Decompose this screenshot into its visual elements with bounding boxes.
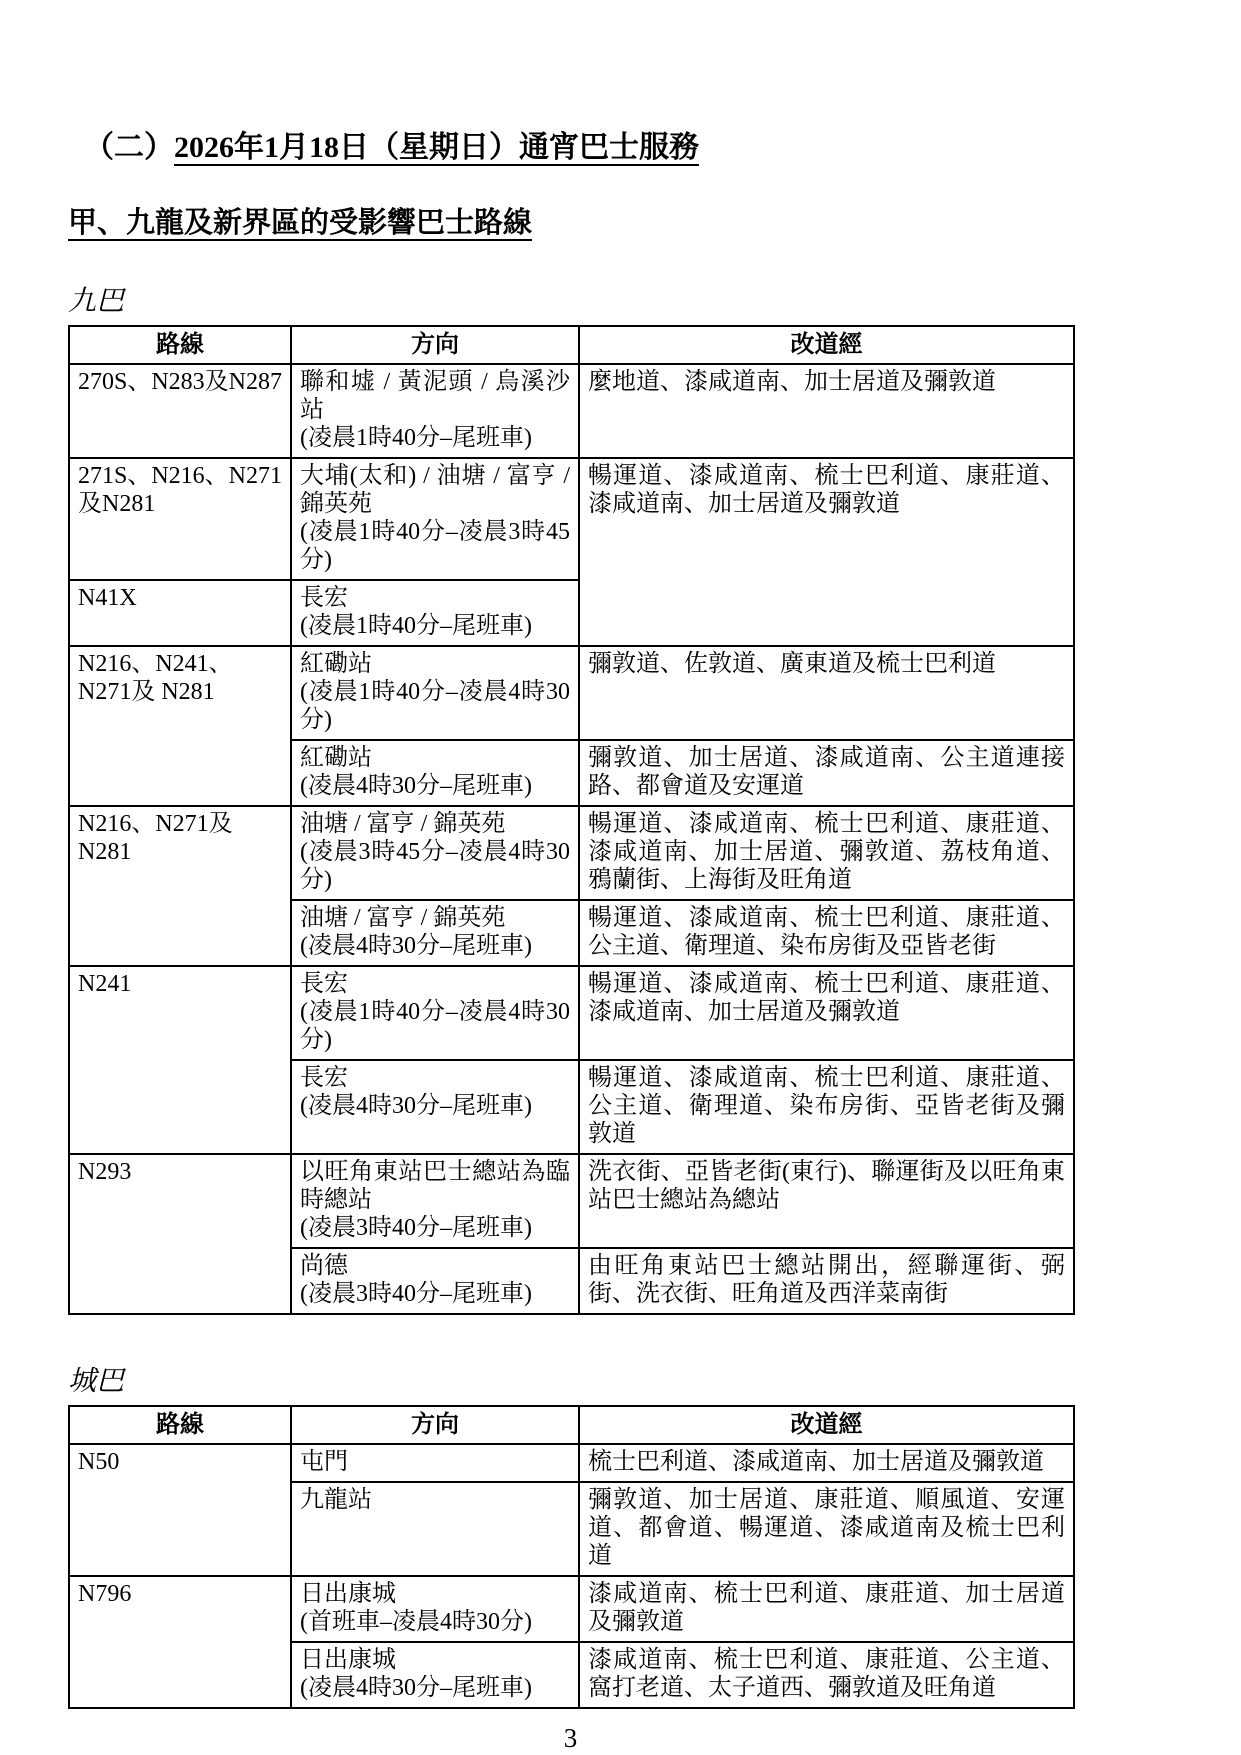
via-cell: 暢運道、漆咸道南、梳士巴利道、康莊道、公主道、衛理道、染布房街及亞皆老街 xyxy=(579,900,1074,966)
route-cell: N216、N241、N271及 N281 xyxy=(69,646,291,806)
direction-cell: 長宏 (凌晨1時40分–凌晨4時30分) xyxy=(291,966,579,1060)
ctb-header-row: 路線 方向 改道經 xyxy=(69,1406,1074,1444)
route-cell: N216、N271及N281 xyxy=(69,806,291,966)
direction-time: (凌晨4時30分–尾班車) xyxy=(300,932,570,960)
direction-destination: 大埔(太和) / 油塘 / 富亨 / 錦英苑 xyxy=(300,462,570,518)
direction-cell: 長宏 (凌晨1時40分–尾班車) xyxy=(291,580,579,646)
direction-cell: 紅磡站 (凌晨1時40分–凌晨4時30分) xyxy=(291,646,579,740)
kmb-section-label: 九巴 xyxy=(68,279,1073,319)
direction-cell: 大埔(太和) / 油塘 / 富亨 / 錦英苑 (凌晨1時40分–凌晨3時45分) xyxy=(291,458,579,580)
direction-destination: 尚德 xyxy=(300,1252,570,1280)
direction-cell: 紅磡站 (凌晨4時30分–尾班車) xyxy=(291,740,579,806)
direction-destination: 日出康城 xyxy=(300,1580,570,1608)
direction-cell: 油塘 / 富亨 / 錦英苑 (凌晨3時45分–凌晨4時30分) xyxy=(291,806,579,900)
direction-time: (凌晨1時40分–尾班車) xyxy=(300,612,570,640)
ctb-header-route: 路線 xyxy=(69,1406,291,1444)
direction-cell: 聯和墟 / 黃泥頭 / 烏溪沙站 (凌晨1時40分–尾班車) xyxy=(291,364,579,458)
direction-destination: 長宏 xyxy=(300,1064,570,1092)
kmb-header-row: 路線 方向 改道經 xyxy=(69,326,1074,364)
direction-destination: 油塘 / 富亨 / 錦英苑 xyxy=(300,904,570,932)
table-row: N241 長宏 (凌晨1時40分–凌晨4時30分) 暢運道、漆咸道南、梳士巴利道… xyxy=(69,966,1074,1060)
direction-time: (凌晨1時40分–凌晨4時30分) xyxy=(300,998,570,1054)
direction-cell: 日出康城 (首班車–凌晨4時30分) xyxy=(291,1576,579,1642)
table-row: N216、N241、N271及 N281 紅磡站 (凌晨1時40分–凌晨4時30… xyxy=(69,646,1074,740)
via-cell: 梳士巴利道、漆咸道南、加士居道及彌敦道 xyxy=(579,1444,1074,1482)
ctb-header-direction: 方向 xyxy=(291,1406,579,1444)
kmb-header-route: 路線 xyxy=(69,326,291,364)
direction-cell: 以旺角東站巴士總站為臨時總站 (凌晨3時40分–尾班車) xyxy=(291,1154,579,1248)
direction-time: (凌晨4時30分–尾班車) xyxy=(300,772,570,800)
ctb-section-label: 城巴 xyxy=(68,1359,1073,1399)
direction-destination: 油塘 / 富亨 / 錦英苑 xyxy=(300,810,570,838)
direction-time: (凌晨1時40分–尾班車) xyxy=(300,424,570,452)
kmb-table: 路線 方向 改道經 270S、N283及N287 聯和墟 / 黃泥頭 / 烏溪沙… xyxy=(68,325,1075,1315)
kmb-header-via: 改道經 xyxy=(579,326,1074,364)
via-cell: 漆咸道南、梳士巴利道、康莊道、公主道、窩打老道、太子道西、彌敦道及旺角道 xyxy=(579,1642,1074,1708)
direction-time: (凌晨3時45分–凌晨4時30分) xyxy=(300,838,570,894)
direction-time: (凌晨3時40分–尾班車) xyxy=(300,1280,570,1308)
direction-destination: 日出康城 xyxy=(300,1646,570,1674)
route-cell: N241 xyxy=(69,966,291,1154)
ctb-header-via: 改道經 xyxy=(579,1406,1074,1444)
table-row: N216、N271及N281 油塘 / 富亨 / 錦英苑 (凌晨3時45分–凌晨… xyxy=(69,806,1074,900)
via-cell: 暢運道、漆咸道南、梳士巴利道、康莊道、漆咸道南、加士居道及彌敦道 xyxy=(579,966,1074,1060)
direction-cell: 日出康城 (凌晨4時30分–尾班車) xyxy=(291,1642,579,1708)
via-cell: 彌敦道、加士居道、漆咸道南、公主道連接路、都會道及安運道 xyxy=(579,740,1074,806)
table-row: N293 以旺角東站巴士總站為臨時總站 (凌晨3時40分–尾班車) 洗衣街、亞皆… xyxy=(69,1154,1074,1248)
table-row: N796 日出康城 (首班車–凌晨4時30分) 漆咸道南、梳士巴利道、康莊道、加… xyxy=(69,1576,1074,1642)
via-cell: 漆咸道南、梳士巴利道、康莊道、加士居道及彌敦道 xyxy=(579,1576,1074,1642)
direction-destination: 聯和墟 / 黃泥頭 / 烏溪沙站 xyxy=(300,368,570,424)
route-cell: N293 xyxy=(69,1154,291,1314)
direction-cell: 屯門 xyxy=(291,1444,579,1482)
via-cell: 洗衣街、亞皆老街(東行)、聯運街及以旺角東站巴士總站為總站 xyxy=(579,1154,1074,1248)
via-cell: 由旺角東站巴士總站開出，經聯運街、弼街、洗衣街、旺角道及西洋菜南街 xyxy=(579,1248,1074,1314)
table-row: N50 屯門 梳士巴利道、漆咸道南、加士居道及彌敦道 xyxy=(69,1444,1074,1482)
direction-destination: 紅磡站 xyxy=(300,744,570,772)
direction-destination: 屯門 xyxy=(300,1448,570,1476)
route-cell: 270S、N283及N287 xyxy=(69,364,291,458)
direction-time: (首班車–凌晨4時30分) xyxy=(300,1608,570,1636)
direction-time: (凌晨1時40分–凌晨4時30分) xyxy=(300,678,570,734)
heading-prefix: （二） xyxy=(84,131,174,164)
direction-time: (凌晨3時40分–尾班車) xyxy=(300,1214,570,1242)
direction-cell: 尚德 (凌晨3時40分–尾班車) xyxy=(291,1248,579,1314)
direction-cell: 長宏 (凌晨4時30分–尾班車) xyxy=(291,1060,579,1154)
section-a-subtitle: 甲、九龍及新界區的受影響巴士路線 xyxy=(68,200,1073,241)
direction-destination: 以旺角東站巴士總站為臨時總站 xyxy=(300,1158,570,1214)
table-row: 270S、N283及N287 聯和墟 / 黃泥頭 / 烏溪沙站 (凌晨1時40分… xyxy=(69,364,1074,458)
page-title: （二）2026年1月18日（星期日）通宵巴士服務 xyxy=(68,122,1073,166)
direction-time: (凌晨1時40分–凌晨3時45分) xyxy=(300,518,570,574)
via-cell: 彌敦道、加士居道、康莊道、順風道、安運道、都會道、暢運道、漆咸道南及梳士巴利道 xyxy=(579,1482,1074,1576)
via-cell: 暢運道、漆咸道南、梳士巴利道、康莊道、漆咸道南、加士居道、彌敦道、荔枝角道、鴉蘭… xyxy=(579,806,1074,900)
ctb-table: 路線 方向 改道經 N50 屯門 梳士巴利道、漆咸道南、加士居道及彌敦道 九龍站… xyxy=(68,1405,1075,1709)
direction-destination: 長宏 xyxy=(300,584,570,612)
direction-time: (凌晨4時30分–尾班車) xyxy=(300,1092,570,1120)
direction-destination: 長宏 xyxy=(300,970,570,998)
direction-time: (凌晨4時30分–尾班車) xyxy=(300,1674,570,1702)
via-cell: 麼地道、漆咸道南、加士居道及彌敦道 xyxy=(579,364,1074,458)
route-cell: N50 xyxy=(69,1444,291,1576)
page-number: 3 xyxy=(68,1723,1073,1754)
via-cell: 暢運道、漆咸道南、梳士巴利道、康莊道、漆咸道南、加士居道及彌敦道 xyxy=(579,458,1074,646)
heading-underlined-text: 2026年1月18日（星期日）通宵巴士服務 xyxy=(174,131,699,164)
document-page: （二）2026年1月18日（星期日）通宵巴士服務 甲、九龍及新界區的受影響巴士路… xyxy=(68,0,1073,1754)
direction-destination: 九龍站 xyxy=(300,1486,570,1514)
route-cell: 271S、N216、N271及N281 xyxy=(69,458,291,580)
via-cell: 暢運道、漆咸道南、梳士巴利道、康莊道、公主道、衛理道、染布房街、亞皆老街及彌敦道 xyxy=(579,1060,1074,1154)
route-cell: N796 xyxy=(69,1576,291,1708)
direction-destination: 紅磡站 xyxy=(300,650,570,678)
via-cell: 彌敦道、佐敦道、廣東道及梳士巴利道 xyxy=(579,646,1074,740)
direction-cell: 九龍站 xyxy=(291,1482,579,1576)
direction-cell: 油塘 / 富亨 / 錦英苑 (凌晨4時30分–尾班車) xyxy=(291,900,579,966)
kmb-header-direction: 方向 xyxy=(291,326,579,364)
route-cell: N41X xyxy=(69,580,291,646)
table-row: 271S、N216、N271及N281 大埔(太和) / 油塘 / 富亨 / 錦… xyxy=(69,458,1074,580)
